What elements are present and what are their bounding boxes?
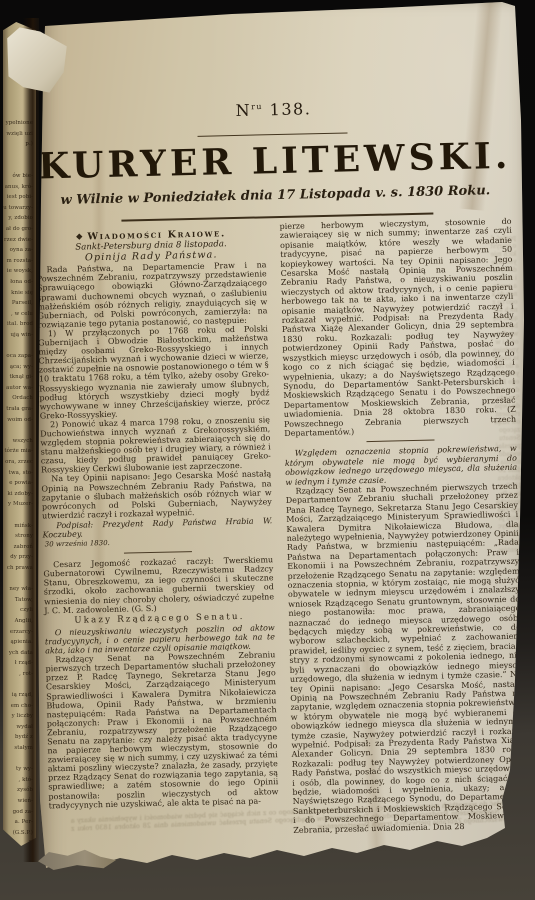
newspaper-sheet: Nru 138. KURYER LITEWSKI. w Wilnie w Pon…: [32, 0, 529, 884]
issue-value: 138.: [263, 99, 312, 119]
page-content: Nru 138. KURYER LITEWSKI. w Wilnie w Pon…: [23, 0, 535, 890]
column-right: pierze herbowym wieczystym, stosownie do…: [280, 217, 526, 835]
article-paragraph: Na tey Opinii napisano: Jego Cesarska Mo…: [41, 470, 272, 521]
section-ornament-icon: ❖: [76, 231, 85, 241]
article-divider-rule: [367, 440, 435, 443]
newspaper-title: KURYER LITEWSKI.: [26, 134, 524, 187]
article-paragraph: Rządzący Senat na Powszechném Zebraniu p…: [45, 650, 278, 810]
issue-superscript: ru: [251, 102, 263, 111]
masthead-rule-top: [198, 132, 348, 137]
scanned-newspaper-page: ypełnione wzięli uzi p.) ów bie- anus, k…: [0, 0, 535, 900]
column-left: ❖Wiadomości Kraiowe. Sankt-Petersburg dn…: [36, 228, 279, 810]
article-paragraph: 1) W przyłączonych po 1768 roku od Polsk…: [38, 324, 270, 420]
article-divider-rule: [124, 551, 192, 554]
article-paragraph: Cesarz Jegomość rozkazać raczył: Twerski…: [43, 555, 274, 615]
article-paragraph: 2) Ponowić ukaz 4 marca 1798 roku, o zno…: [40, 415, 271, 475]
binding-fold-shadow: [23, 18, 39, 862]
verso-show-through-text: posłać do wszystkich mieysc urzędowych i…: [71, 799, 512, 861]
issue-number: Nru 138.: [25, 94, 522, 124]
article-paragraph: Rządzący Senat na Powszechném pierwszych…: [286, 482, 526, 835]
article-paragraph: Rada Państwa, na Departamencie Praw i na…: [36, 261, 267, 330]
article-paragraph-continuation: pierze herbowym wieczystym, stosownie do…: [280, 217, 517, 439]
article-lead: Względem oznaczenia stopnia pokrewieństw…: [285, 444, 518, 487]
issue-prefix: N: [235, 101, 251, 120]
masthead-dateline: w Wilnie w Poniedziałek dnia 17 Listopad…: [27, 182, 524, 208]
